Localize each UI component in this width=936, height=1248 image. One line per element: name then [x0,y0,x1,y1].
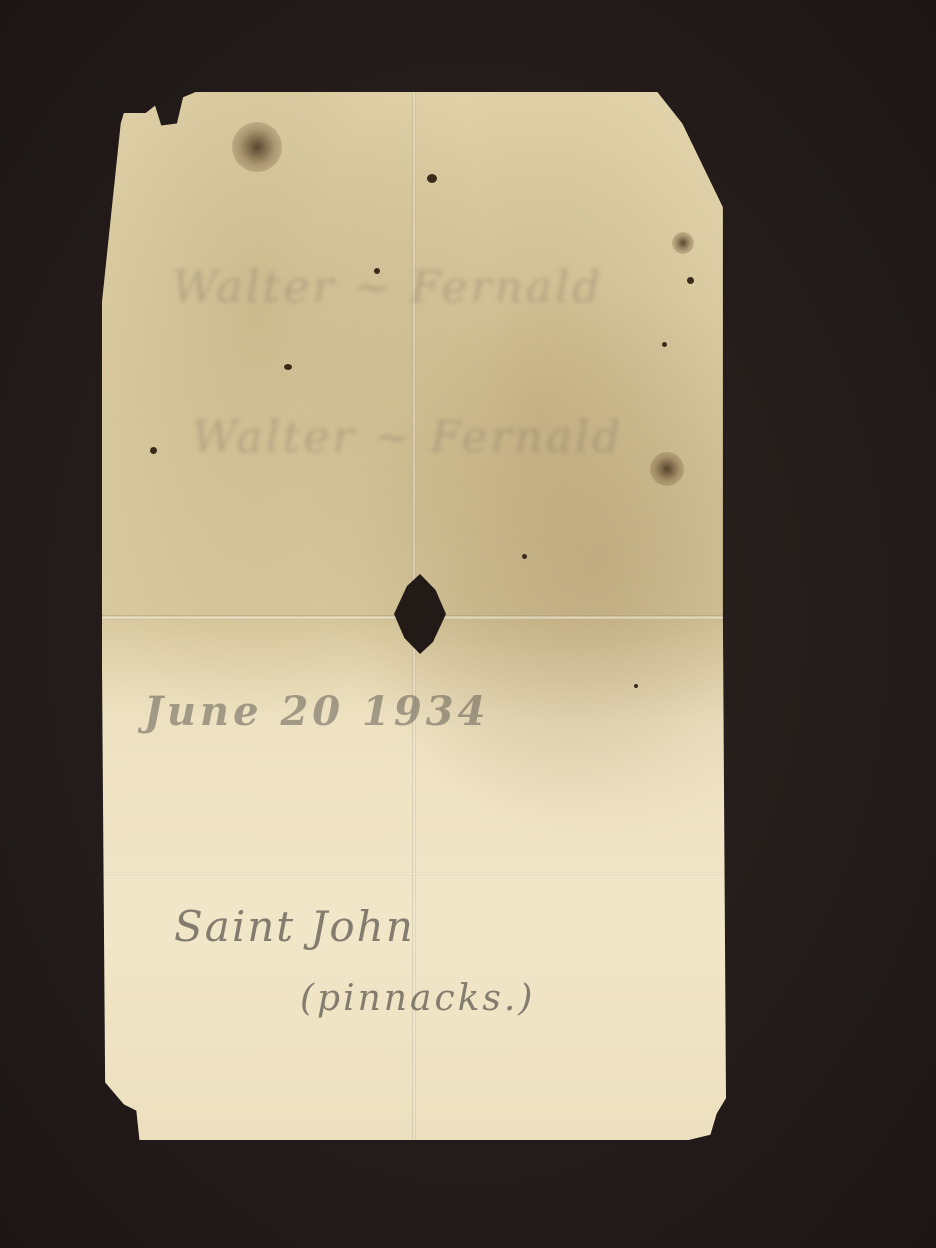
faded-handwriting-line: Walter ~ Fernald [172,262,603,313]
handwritten-place: Saint John [174,902,415,951]
speck [150,447,157,454]
speck [662,342,667,347]
handwritten-parenthetical: (pinnacks.) [300,978,535,1019]
stain [650,452,684,486]
minor-fold-crease [102,872,726,875]
folded-paper-note: Walter ~ Fernald Walter ~ Fernald June 2… [102,92,726,1140]
photograph: Walter ~ Fernald Walter ~ Fernald June 2… [0,0,936,1248]
speck [284,364,292,370]
speck [687,277,694,284]
handwritten-date: June 20 1934 [144,688,489,735]
stain [232,122,282,172]
speck [427,174,437,183]
faded-handwriting-line: Walter ~ Fernald [192,412,623,463]
paper-hole [394,574,446,654]
speck [522,554,527,559]
speck [634,684,638,688]
stain [672,232,694,254]
